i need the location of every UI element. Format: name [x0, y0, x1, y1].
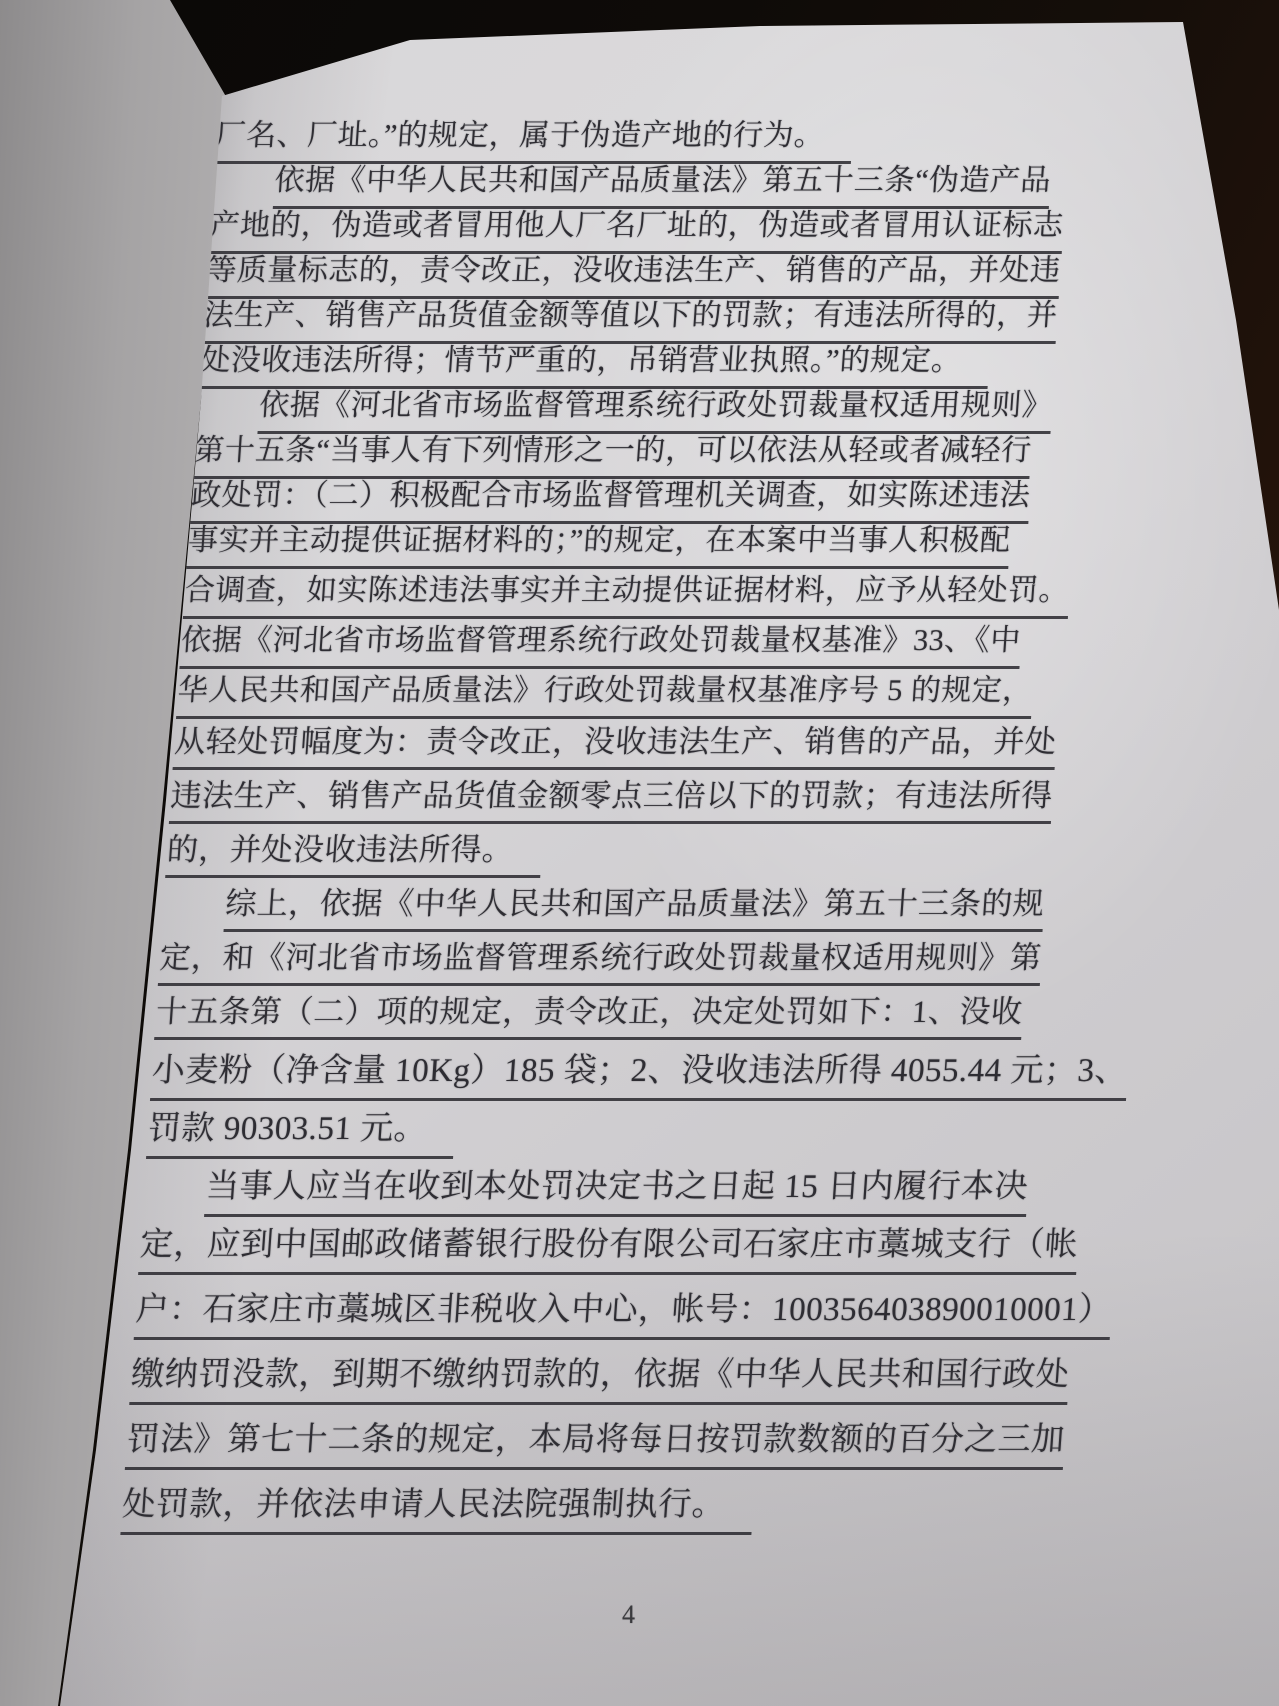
text-line: 处没收违法所得；情节严重的，吊销营业执照。”的规定。 [198, 343, 990, 389]
text-line: 罚法》第七十二条的规定，本局将每日按罚款数额的百分之三加 [125, 1420, 1066, 1470]
text-line: 小麦粉（净含量 10Kg）185 袋；2、没收违法所得 4055.44 元；3、 [150, 1051, 1130, 1101]
text-line: 等质量标志的，责令改正，没收违法生产、销售的产品，并处违 [205, 253, 1062, 299]
text-line: 依据《中华人民共和国产品质量法》第五十三条“伪造产品 [211, 163, 1052, 209]
text-line: 综上，依据《中华人民共和国产品质量法》第五十三条的规 [161, 885, 1045, 932]
text-line: 的，并处没收违法所得。 [165, 831, 543, 878]
photo-scene: 厂名、厂址。”的规定，属于伪造产地的行为。 依据《中华人民共和国产品质量法》第五… [0, 0, 1279, 1706]
text-line: 处罚款，并依法申请人民法院强制执行。 [120, 1485, 754, 1535]
text-line: 依据《河北省市场监督管理系统行政处罚裁量权基准》33、《中 [179, 623, 1022, 669]
text-line: 定，应到中国邮政储蓄银行股份有限公司石家庄市藁城支行（帐 [138, 1225, 1079, 1275]
text-line: 合调查，如实陈述违法事实并主动提供证据材料，应予从轻处罚。 [183, 573, 1071, 619]
text-line: 厂名、厂址。”的规定，属于伪造产地的行为。 [214, 118, 854, 164]
page-number: 4 [622, 1600, 635, 1630]
text-line: 第十五条“当事人有下列情形之一的，可以依法从轻或者减轻行 [192, 433, 1032, 479]
text-line: 罚款 90303.51 元。 [146, 1109, 457, 1159]
text-line: 法生产、销售产品货值金额等值以下的罚款；有违法所得的，并 [202, 298, 1059, 344]
text-line: 违法生产、销售产品货值金额零点三倍以下的罚款；有违法所得 [169, 777, 1054, 824]
text-line: 十五条第（二）项的规定，责令改正，决定处罚如下：1、没收 [154, 993, 1024, 1040]
text-line: 事实并主动提供证据材料的；”的规定，在本案中当事人积极配 [186, 523, 1011, 569]
text-line: 从轻处罚幅度为：责令改正，没收违法生产、销售的产品，并处 [173, 723, 1058, 770]
text-line: 华人民共和国产品质量法》行政处罚裁量权基准序号 5 的规定， [176, 673, 1034, 719]
text-line: 定，和《河北省市场监督管理系统行政处罚裁量权适用规则》第 [158, 939, 1043, 986]
text-line: 户：石家庄市藁城区非税收入中心，帐号：100356403890010001） [134, 1290, 1113, 1340]
text-line: 政处罚：（二）积极配合市场监督管理机关调查，如实陈述违法 [189, 478, 1031, 524]
text-line: 缴纳罚没款，到期不缴纳罚款的，依据《中华人民共和国行政处 [129, 1355, 1070, 1405]
text-line: 产地的，伪造或者冒用他人厂名厂址的，伪造或者冒用认证标志 [208, 208, 1065, 254]
text-line: 依据《河北省市场监督管理系统行政处罚裁量权适用规则》 [195, 388, 1053, 434]
text-line: 当事人应当在收到本处罚决定书之日起 15 日内履行本决 [142, 1167, 1029, 1217]
